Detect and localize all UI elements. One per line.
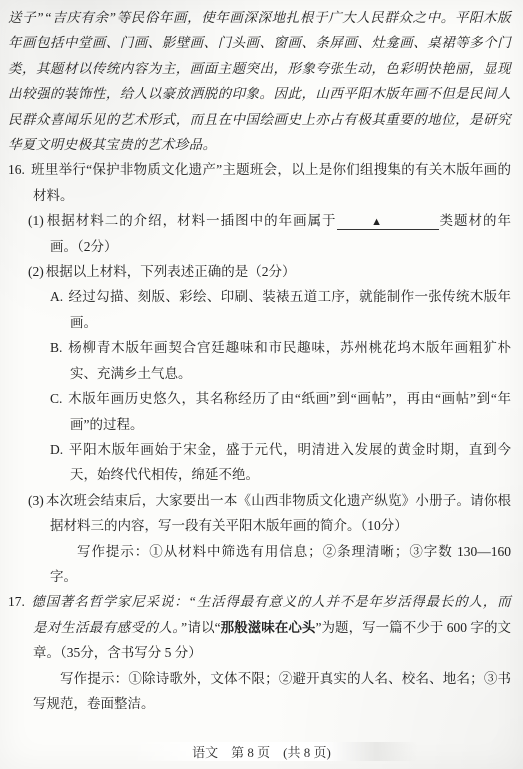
option-a-text: 经过勾描、刻版、彩绘、印刷、装裱五道工序，就能制作一张传统木版年画。: [68, 289, 511, 329]
option-a-label: A.: [50, 289, 68, 304]
question-16: 16.班里举行“保护非物质文化遗产”主题班会，以上是你们组搜集的有关木版年画的材…: [8, 157, 511, 208]
question-17-number: 17.: [8, 594, 31, 609]
question-16-number: 16.: [8, 162, 31, 177]
essay-title: 那般滋味在心头: [221, 620, 316, 635]
option-b: B.杨柳青木版年画契合宫廷趣味和市民趣味，苏州桃花坞木版年画粗犷朴实、充满乡土气…: [50, 335, 511, 386]
question-16-sub3: (3)本次班会结束后，大家要出一本《山西非物质文化遗产纵览》小册子。请你根据材料…: [28, 488, 511, 539]
question-16-sub1: (1)根据材料二的介绍，材料一插图中的年画属于▲类题材的年画。（2分）: [28, 208, 511, 259]
sub2-label: (2): [28, 264, 46, 279]
question-16-sub2: (2)根据以上材料，下列表述正确的是（2分）: [28, 259, 511, 284]
option-a: A.经过勾描、刻版、彩绘、印刷、装裱五道工序，就能制作一张传统木版年画。: [50, 284, 511, 335]
sub1-prefix: 根据材料二的介绍，材料一插图中的年画属于: [46, 213, 337, 228]
answer-blank: ▲: [337, 215, 439, 230]
question-16-stem: 班里举行“保护非物质文化遗产”主题班会，以上是你们组搜集的有关木版年画的材料。: [31, 162, 511, 202]
option-c: C.木版年画历史悠久，其名称经历了由“纸画”到“画帖”，再由“画帖”到“年画”的…: [50, 386, 511, 437]
sub3-text: 本次班会结束后，大家要出一本《山西非物质文化遗产纵览》小册子。请你根据材料三的内…: [46, 493, 511, 533]
option-b-text: 杨柳青木版年画契合宫廷趣味和市民趣味，苏州桃花坞木版年画粗犷朴实、充满乡土气息。: [67, 340, 511, 380]
exam-page: 送子”“吉庆有余”等民俗年画，使年画深深地扎根于广大人民群众之中。平阳木版年画包…: [0, 0, 523, 769]
q17-mid: 请以“: [188, 620, 221, 635]
option-c-text: 木版年画历史悠久，其名称经历了由“纸画”到“画帖”，再由“画帖”到“年画”的过程…: [67, 391, 511, 431]
page-content: 送子”“吉庆有余”等民俗年画，使年画深深地扎根于广大人民群众之中。平阳木版年画包…: [8, 5, 511, 716]
question-17-writing-hint: 写作提示：①除诗歌外，文体不限；②避开真实的人名、校名、地名；③书写规范，卷面整…: [33, 666, 511, 717]
page-footer: 语文 第 8 页 (共 8 页): [0, 742, 523, 761]
option-d: D.平阳木版年画始于宋金，盛于元代，明清进入发展的黄金时期，直到今天，始终代代相…: [50, 437, 511, 488]
sub2-text: 根据以上材料，下列表述正确的是（2分）: [46, 264, 296, 279]
option-d-label: D.: [50, 442, 68, 457]
question-17: 17.德国著名哲学家尼采说：“生活得最有意义的人并不是年岁活得最长的人，而是对生…: [8, 589, 511, 665]
question-16-writing-hint: 写作提示：①从材料中筛选有用信息；②条理清晰；③字数 130—160 字。: [50, 539, 511, 590]
sub1-label: (1): [28, 213, 46, 228]
option-b-label: B.: [50, 340, 67, 355]
option-c-label: C.: [50, 391, 67, 406]
sub3-label: (3): [28, 493, 46, 508]
material-tail-paragraph: 送子”“吉庆有余”等民俗年画，使年画深深地扎根于广大人民群众之中。平阳木版年画包…: [8, 5, 511, 157]
option-d-text: 平阳木版年画始于宋金，盛于元代，明清进入发展的黄金时期，直到今天，始终代代相传，…: [68, 442, 511, 482]
